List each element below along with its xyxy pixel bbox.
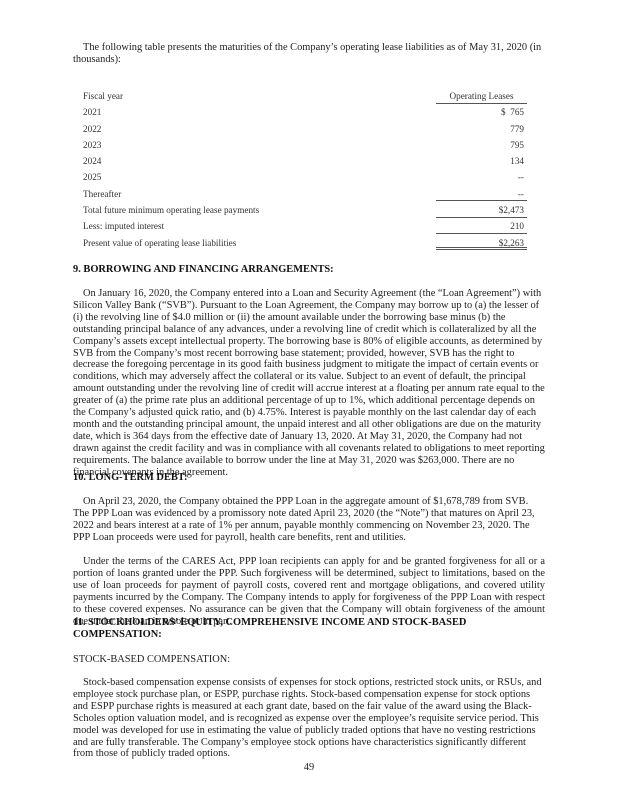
page-number: 49 <box>0 762 618 773</box>
table-header-row: Fiscal year Operating Leases <box>83 88 527 104</box>
row-label: Total future minimum operating lease pay… <box>83 205 259 215</box>
table-row: 2023 795 <box>83 137 527 153</box>
table-row: 2022 779 <box>83 121 527 137</box>
row-value: 134 <box>436 156 527 166</box>
section-9-paragraph: On January 16, 2020, the Company entered… <box>73 288 545 479</box>
section-10-paragraph-1: On April 23, 2020, the Company obtained … <box>73 496 545 544</box>
row-label: 2024 <box>83 156 101 166</box>
table-row: Less: imputed interest 210 <box>83 218 527 234</box>
document-page: The following table presents the maturit… <box>0 0 618 800</box>
table-row: Thereafter -- <box>83 186 527 202</box>
column-header-fiscal-year: Fiscal year <box>83 91 123 101</box>
row-value: $2,263 <box>436 238 527 251</box>
table-row: 2021 $ 765 <box>83 104 527 120</box>
lease-maturity-table: Fiscal year Operating Leases 2021 $ 765 … <box>83 88 527 251</box>
lease-intro-paragraph: The following table presents the maturit… <box>73 42 545 66</box>
stock-based-compensation-subheading: STOCK-BASED COMPENSATION: <box>73 654 230 666</box>
row-label: Thereafter <box>83 189 121 199</box>
table-row-total: Total future minimum operating lease pay… <box>83 202 527 218</box>
table-row: 2024 134 <box>83 153 527 169</box>
row-value: $2,473 <box>436 205 527 218</box>
row-label: 2023 <box>83 140 101 150</box>
row-label: Less: imputed interest <box>83 221 164 231</box>
column-header-operating-leases: Operating Leases <box>436 91 527 104</box>
section-11-heading: 11. STOCKHOLDERS’ EQUITY, COMPREHENSIVE … <box>73 617 503 641</box>
row-label: 2025 <box>83 172 101 182</box>
section-9-heading: 9. BORROWING AND FINANCING ARRANGEMENTS: <box>73 264 553 276</box>
row-label: 2021 <box>83 107 101 117</box>
row-label: Present value of operating lease liabili… <box>83 238 236 248</box>
row-label: 2022 <box>83 124 101 134</box>
section-10-heading: 10. LONG-TERM DEBT: <box>73 472 553 484</box>
row-value: $ 765 <box>436 107 527 117</box>
table-row-present-value: Present value of operating lease liabili… <box>83 235 527 251</box>
section-11-paragraph: Stock-based compensation expense consist… <box>73 677 545 760</box>
row-value: 779 <box>436 124 527 134</box>
row-value: 795 <box>436 140 527 150</box>
row-value: -- <box>436 172 527 182</box>
table-row: 2025 -- <box>83 169 527 185</box>
row-value: -- <box>436 189 527 202</box>
row-value: 210 <box>436 221 527 234</box>
